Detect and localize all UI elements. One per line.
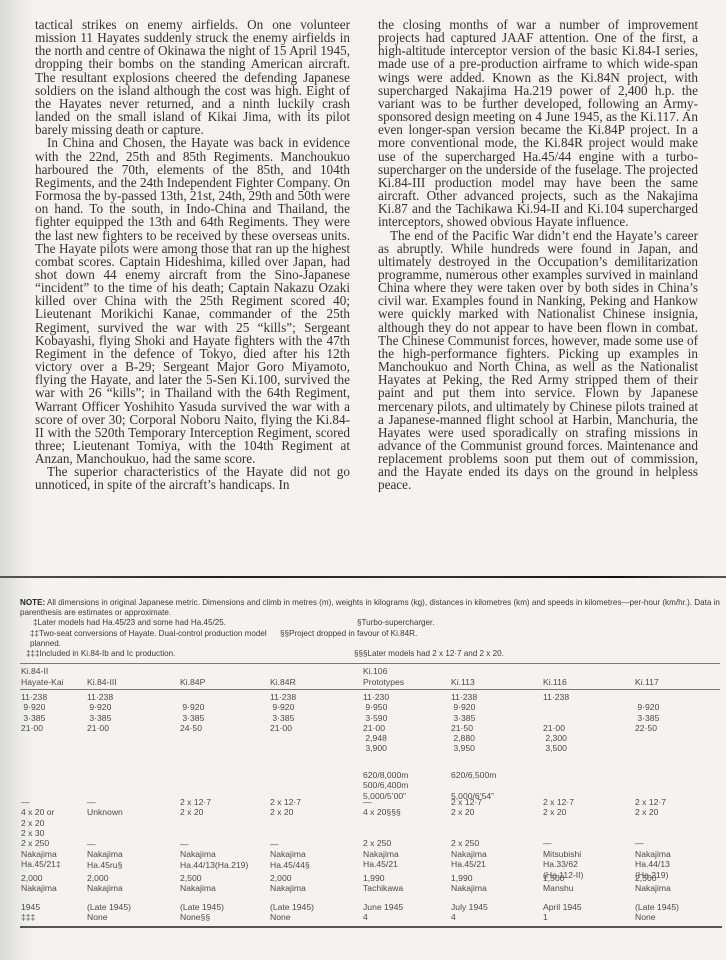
table-row-dimensions: 11·238 9·920 3·385 21·00 11·238 9·920 3·… [20,692,720,754]
table-cell: 11·238 21·00 2,300 3,500 [542,692,634,754]
table-cell: 1,990 Tachikawa [362,873,450,894]
table-cell: June 1945 4 [362,902,450,923]
table-cell: (Late 1945) None [86,902,179,923]
table-notes: NOTE: All dimensions in original Japanes… [20,598,720,659]
table-cell: 2,500 Nakajima [179,873,269,894]
footnote: §Turbo-supercharger. [277,618,435,628]
table-cell: 9·920 3·385 24·50 [179,692,269,754]
column-header: Ki.84R [269,677,362,687]
table-header-row: Ki.84-II Hayate-Kai Ki.84-III Ki.84P Ki.… [20,663,720,690]
table-cell: 2,000 Nakajima [86,873,179,894]
table-cell: 1,500 Manshu [542,873,634,894]
table-cell: 1,990 Nakajima [450,873,542,894]
table-cell: 11·238 9·920 3·385 21·00 [86,692,179,754]
table-cell: (Late 1945) None§§ [179,902,269,923]
table-cell: (Late 1945) None [634,902,720,923]
note-text: All dimensions in original Japanese metr… [20,598,720,617]
column-header: Ki.84P [179,677,269,687]
footnote: ‡‡‡Included in Ki.84-Ib and Ic productio… [20,649,270,659]
column-header: Ki.117 [634,677,720,687]
footnote: ‡‡Two-seat conversions of Hayate. Dual-c… [20,629,274,649]
table-row-date-built: 1945 ‡‡‡ (Late 1945) None (Late 1945) No… [20,902,720,923]
paragraph: tactical strikes on enemy airfields. On … [35,18,350,136]
column-header: Ki.116 [542,677,634,687]
table-cell: April 1945 1 [542,902,634,923]
paragraph: The superior characteristics of the Haya… [35,465,350,491]
table-cell: 2,000 Nakajima [20,873,86,894]
table-cell: 2,500 Nakajima [634,873,720,894]
column-header: Ki.84-II Hayate-Kai [20,666,86,687]
paragraph: the closing months of war a number of im… [378,18,698,229]
table-cell: 11·238 9·920 3·385 21·00 [269,692,362,754]
table-cell: July 1945 4 [450,902,542,923]
paragraph: The end of the Pacific War didn’t end th… [378,229,698,492]
article-column-left: tactical strikes on enemy airfields. On … [35,18,350,492]
table-cell: (Late 1945) None [269,902,362,923]
specifications-table: Ki.84-II Hayate-Kai Ki.84-III Ki.84P Ki.… [20,663,720,690]
footnote: §§Project dropped in favour of Ki.84R. [274,629,417,649]
paragraph: In China and Chosen, the Hayate was back… [35,136,350,465]
table-row-power-maker: 2,000 Nakajima 2,000 Nakajima 2,500 Naka… [20,873,720,894]
article-column-right: the closing months of war a number of im… [378,18,698,492]
footnote: ‡Later models had Ha.45/23 and some had … [20,618,277,628]
table-cell: 11·238 9·920 3·385 21·50 2,880 3,950 [450,692,542,754]
table-cell: 9·920 3·385 22·50 [634,692,720,754]
table-cell: 11·230 9·950 3·590 21·00 2,948 3,900 [362,692,450,754]
table-cell: 11·238 9·920 3·385 21·00 [20,692,86,754]
table-cell: 2,000 Nakajima [269,873,362,894]
table-cell: 1945 ‡‡‡ [20,902,86,923]
table-bottom-rule [20,926,722,928]
note-label: NOTE: [20,598,45,607]
column-header: Ki.106 Prototypes [362,666,450,687]
column-header: Ki.113 [450,677,542,687]
section-divider [0,576,726,578]
footnote: §§§Later models had 2 x 12·7 and 2 x 20. [270,649,504,659]
column-header: Ki.84-III [86,677,179,687]
